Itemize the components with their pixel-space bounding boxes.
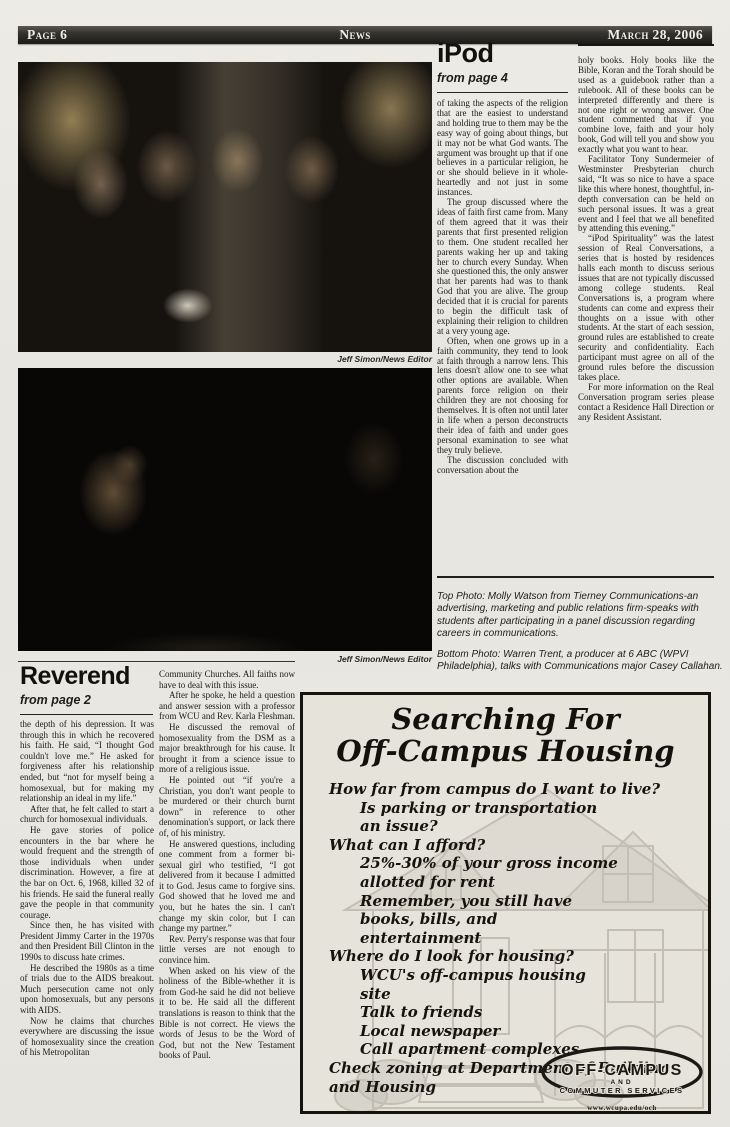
article-paragraph: He gave stories of police encounters in …	[20, 825, 154, 920]
article-paragraph: After that, he felt called to start a ch…	[20, 804, 154, 825]
article-paragraph: When asked on his view of the holiness o…	[159, 966, 295, 1061]
ad-list-item: Where do I look for housing?	[303, 947, 708, 966]
reverend-continuation-line: from page 2	[20, 693, 153, 707]
ipod-continuation-line: from page 4	[437, 71, 568, 85]
article-paragraph: He answered questions, including one com…	[159, 839, 295, 934]
ad-list-item: Local newspaper	[303, 1022, 708, 1041]
logo-line-2: AND	[610, 1079, 633, 1086]
logo-ellipse-icon: OFF-CAMPUS AND COMMUTER SERVICES	[539, 1045, 705, 1101]
off-campus-housing-ad: Searching For Off-Campus Housing How far…	[300, 692, 711, 1114]
article-paragraph: The discussion concluded with conversati…	[437, 456, 568, 476]
ipod-article-column-1: iPod from page 4 of taking the aspects o…	[437, 40, 568, 577]
article-paragraph: Often, when one grows up in a faith comm…	[437, 337, 568, 456]
top-photo-caption: Top Photo: Molly Watson from Tierney Com…	[437, 591, 725, 641]
ipod-body-col1: of taking the aspects of the religion th…	[437, 99, 568, 475]
ad-title-line-1: Searching For	[303, 703, 708, 735]
reverend-article-column-1: the depth of his depression. It was thro…	[20, 719, 154, 1121]
reverend-body-col2: Community Churches. All faiths now have …	[159, 669, 295, 1061]
logo-line-3: COMMUTER SERVICES	[560, 1086, 685, 1095]
article-paragraph: He pointed out “if you're a Christian, y…	[159, 775, 295, 839]
reverend-body-col1: the depth of his depression. It was thro…	[20, 719, 154, 1058]
article-paragraph: “iPod Spirituality” was the latest sessi…	[578, 234, 714, 383]
bottom-news-photo	[18, 368, 432, 651]
ad-list-item: What can I afford?	[303, 836, 708, 855]
ad-list-item: 25%-30% of your gross income allotted fo…	[303, 854, 708, 891]
divider	[437, 92, 568, 93]
article-paragraph: holy books. Holy books like the Bible, K…	[578, 56, 714, 155]
top-photo-credit: Jeff Simon/News Editor	[18, 354, 432, 364]
article-paragraph: The group discussed where the ideas of f…	[437, 198, 568, 337]
ad-list-item: Is parking or transportation an issue?	[303, 799, 708, 836]
article-paragraph: Facilitator Tony Sundermeier of Westmins…	[578, 155, 714, 234]
article-paragraph: of taking the aspects of the religion th…	[437, 99, 568, 198]
bottom-photo-caption: Bottom Photo: Warren Trent, a producer a…	[437, 649, 725, 674]
logo-url: www.wcupa.edu/och	[539, 1104, 705, 1112]
article-paragraph: the depth of his depression. It was thro…	[20, 719, 154, 804]
ad-list-item: How far from campus do I want to live?	[303, 780, 708, 799]
reverend-article-header: Reverend from page 2	[20, 664, 153, 721]
divider	[578, 44, 714, 46]
page-number: Page 6	[18, 27, 177, 43]
article-paragraph: Now he claims that churches everywhere a…	[20, 1016, 154, 1058]
reverend-article-column-2: Community Churches. All faiths now have …	[159, 669, 295, 1121]
article-paragraph: Community Churches. All faiths now have …	[159, 669, 295, 690]
off-campus-commuter-services-logo: OFF-CAMPUS AND COMMUTER SERVICES www.wcu…	[539, 1045, 705, 1112]
article-paragraph: Rev. Perry's response was that four litt…	[159, 934, 295, 966]
ad-title-line-2: Off-Campus Housing	[303, 735, 708, 767]
article-paragraph: He described the 1980s as a time of tria…	[20, 963, 154, 1016]
divider	[20, 714, 153, 715]
top-news-photo	[18, 62, 432, 352]
ad-list-item: Talk to friends	[303, 1003, 708, 1022]
article-paragraph: Since then, he has visited with Presiden…	[20, 920, 154, 962]
ipod-article-column-2: holy books. Holy books like the Bible, K…	[578, 56, 714, 564]
reverend-headline: Reverend	[20, 664, 153, 689]
ad-list-item: WCU's off-campus housing site	[303, 966, 708, 1003]
article-paragraph: For more information on the Real Convers…	[578, 383, 714, 423]
article-paragraph: He discussed the removal of homosexualit…	[159, 722, 295, 775]
ad-list-item: Remember, you still have books, bills, a…	[303, 892, 708, 948]
ipod-headline: iPod	[437, 40, 568, 67]
ipod-body-col2: holy books. Holy books like the Bible, K…	[578, 56, 714, 423]
divider	[437, 576, 714, 578]
logo-line-1: OFF-CAMPUS	[561, 1062, 683, 1079]
page-header-bar: Page 6 News March 28, 2006	[18, 26, 712, 44]
article-paragraph: After he spoke, he held a question and a…	[159, 690, 295, 722]
